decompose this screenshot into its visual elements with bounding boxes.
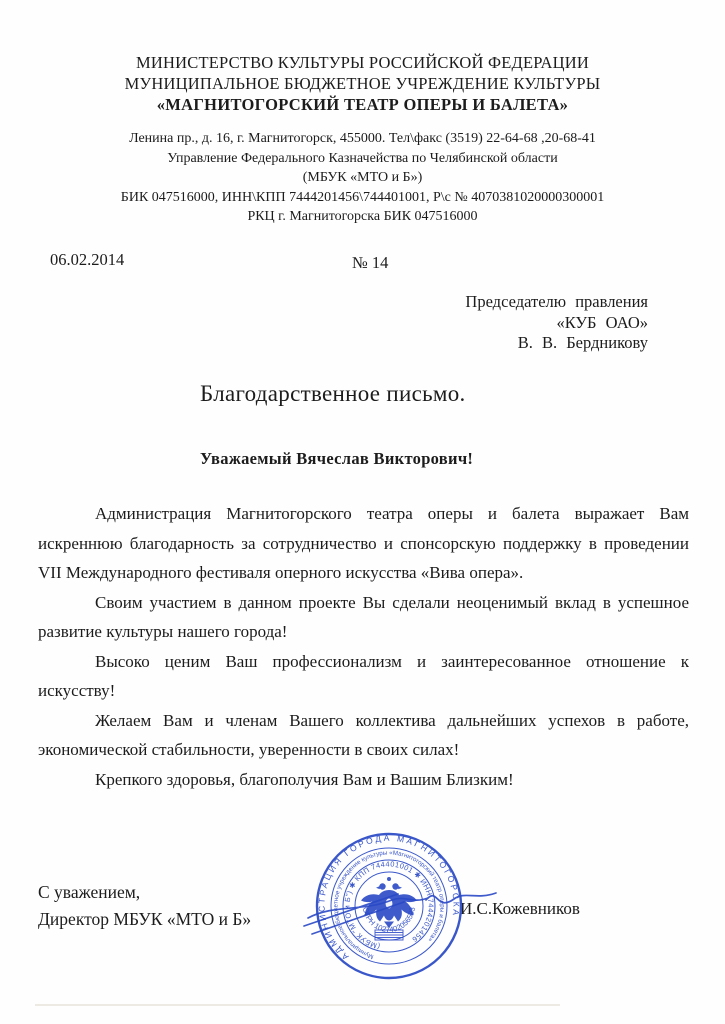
address-line: Управление Федерального Казначейства по … — [0, 149, 725, 169]
letter-body: Администрация Магнитогорского театра опе… — [38, 499, 689, 794]
closing-block: С уважением, Директор МБУК «МТО и Б» — [38, 879, 251, 933]
paragraph: Своим участием в данном проекте Вы сдела… — [38, 588, 689, 647]
recipient-company: «КУБ ОАО» — [465, 313, 648, 334]
institution-type-line: МУНИЦИПАЛЬНОЕ БЮДЖЕТНОЕ УЧРЕЖДЕНИЕ КУЛЬТ… — [0, 73, 725, 94]
scan-artifact-line — [35, 1004, 560, 1006]
signer-position: Директор МБУК «МТО и Б» — [38, 906, 251, 933]
paragraph: Желаем Вам и членам Вашего коллектива да… — [38, 706, 689, 765]
address-line: (МБУК «МТО и Б») — [0, 168, 725, 188]
paragraph: Администрация Магнитогорского театра опе… — [38, 499, 689, 588]
letterhead: МИНИСТЕРСТВО КУЛЬТУРЫ РОССИЙСКОЙ ФЕДЕРАЦ… — [0, 52, 725, 227]
ministry-line: МИНИСТЕРСТВО КУЛЬТУРЫ РОССИЙСКОЙ ФЕДЕРАЦ… — [0, 52, 725, 73]
recipient-block: Председателю правления «КУБ ОАО» В. В. Б… — [465, 292, 648, 354]
paragraph: Крепкого здоровья, благополучия Вам и Ва… — [38, 765, 689, 795]
recipient-name: В. В. Бердникову — [465, 333, 648, 354]
theatre-name-line: «МАГНИТОГОРСКИЙ ТЕАТР ОПЕРЫ И БАЛЕТА» — [0, 94, 725, 116]
address-line: БИК 047516000, ИНН\КПП 7444201456\744401… — [0, 188, 725, 208]
letter-page: МИНИСТЕРСТВО КУЛЬТУРЫ РОССИЙСКОЙ ФЕДЕРАЦ… — [0, 0, 725, 1024]
address-block: Ленина пр., д. 16, г. Магнитогорск, 4550… — [0, 129, 725, 227]
letter-number: № 14 — [352, 253, 388, 273]
address-line: Ленина пр., д. 16, г. Магнитогорск, 4550… — [0, 129, 725, 149]
handwritten-signature — [300, 858, 520, 953]
letter-title: Благодарственное письмо. — [200, 381, 466, 407]
paragraph: Высоко ценим Ваш профессионализм и заинт… — [38, 647, 689, 706]
salutation: Уважаемый Вячеслав Викторович! — [200, 449, 473, 469]
address-line: РКЦ г. Магнитогорска БИК 047516000 — [0, 207, 725, 227]
closing-salutation: С уважением, — [38, 879, 251, 906]
recipient-position: Председателю правления — [465, 292, 648, 313]
letter-date: 06.02.2014 — [50, 250, 124, 270]
